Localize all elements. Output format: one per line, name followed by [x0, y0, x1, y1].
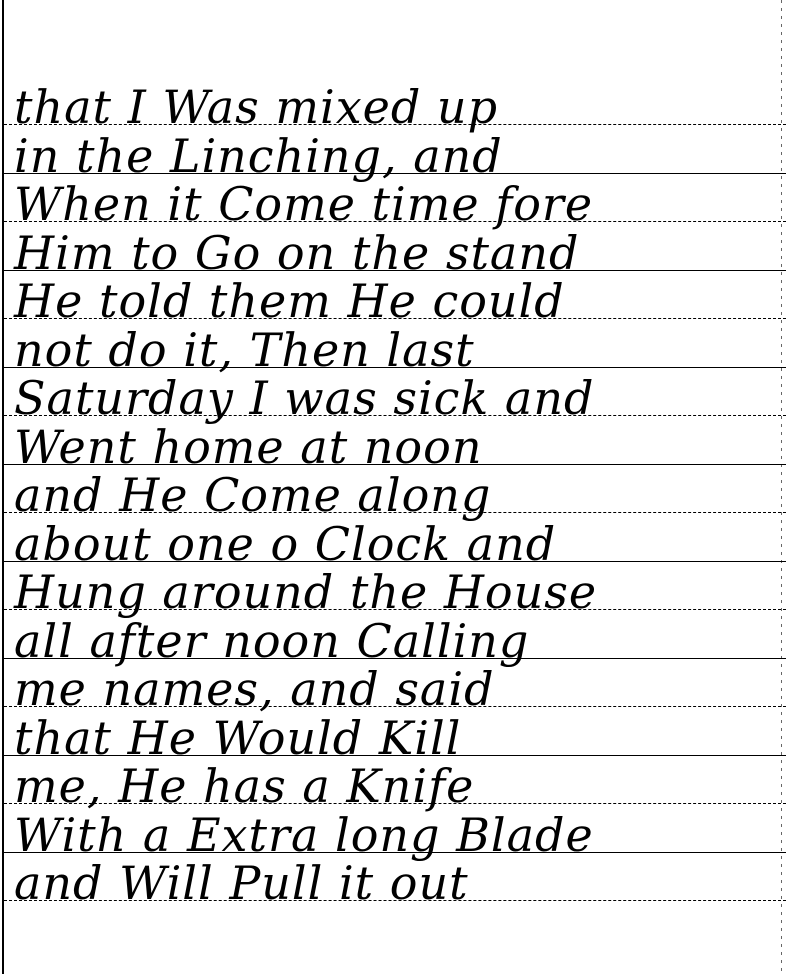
handwritten-line: that I Was mixed up: [14, 84, 782, 130]
handwritten-line: and He Come along: [14, 472, 782, 518]
handwritten-line: Hung around the House: [14, 569, 782, 615]
handwritten-line: and Will Pull it out: [14, 860, 782, 906]
handwritten-line: me names, and said: [14, 666, 782, 712]
handwritten-line: When it Come time fore: [14, 181, 782, 227]
handwritten-line: about one o Clock and: [14, 521, 782, 567]
handwritten-page: that I Was mixed upin the Linching, andW…: [0, 0, 786, 974]
handwritten-line: in the Linching, and: [14, 133, 782, 179]
page-left-border: [2, 0, 4, 974]
handwritten-line: Him to Go on the stand: [14, 230, 782, 276]
handwritten-line: Went home at noon: [14, 424, 782, 470]
handwritten-line: Saturday I was sick and: [14, 375, 782, 421]
handwritten-line: that He Would Kill: [14, 715, 782, 761]
handwritten-line: me, He has a Knife: [14, 763, 782, 809]
handwritten-line: He told them He could: [14, 278, 782, 324]
handwritten-line: not do it, Then last: [14, 327, 782, 373]
handwritten-line: all after noon Calling: [14, 618, 782, 664]
handwritten-line: With a Extra long Blade: [14, 812, 782, 858]
